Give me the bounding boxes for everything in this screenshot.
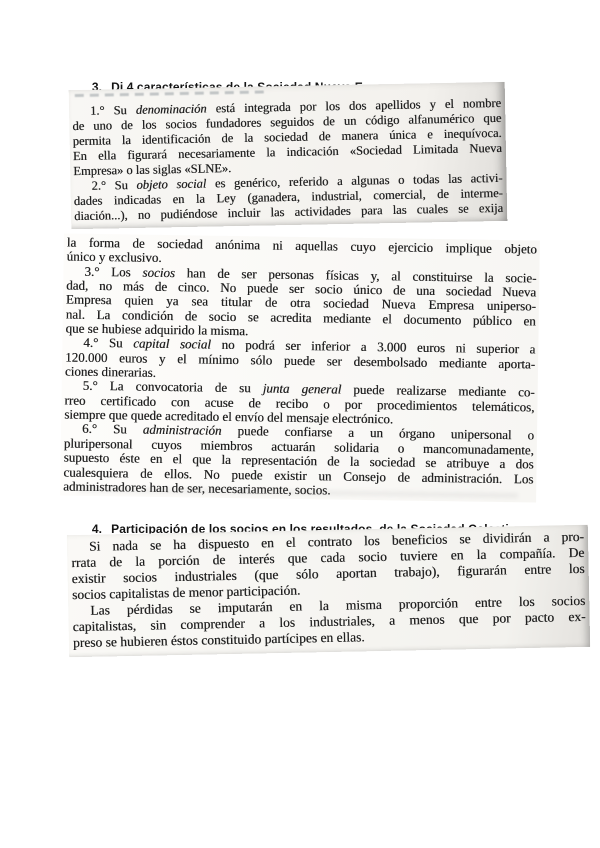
scan-block-caracteristicas-1: 1.° Su denominación está integrada por l…	[69, 82, 508, 229]
scan-text-segment: 1.° Su	[90, 103, 136, 118]
document-page: { "headings": { "h3": { "number": "3.", …	[0, 0, 600, 848]
scan-artifact-dashes	[75, 90, 265, 97]
scan-block-participacion: Si nada se ha dispuesto en el contrato l…	[67, 525, 590, 657]
scan-text-segment: ciones dinerarias.	[65, 364, 156, 380]
scan-text-segment: 2.° Su	[91, 178, 136, 193]
scan-text-italic-term: objeto social	[136, 177, 206, 192]
scan-text-italic-term: denominación	[136, 102, 207, 117]
scan-block-caracteristicas-2: la forma de sociedad anónima ni aquellas…	[60, 233, 540, 502]
scan-text-segment: 4.° Su	[83, 335, 133, 351]
scan-text-segment: único y exclusivo.	[67, 249, 162, 265]
scan-text-italic-term: socios	[142, 264, 175, 279]
